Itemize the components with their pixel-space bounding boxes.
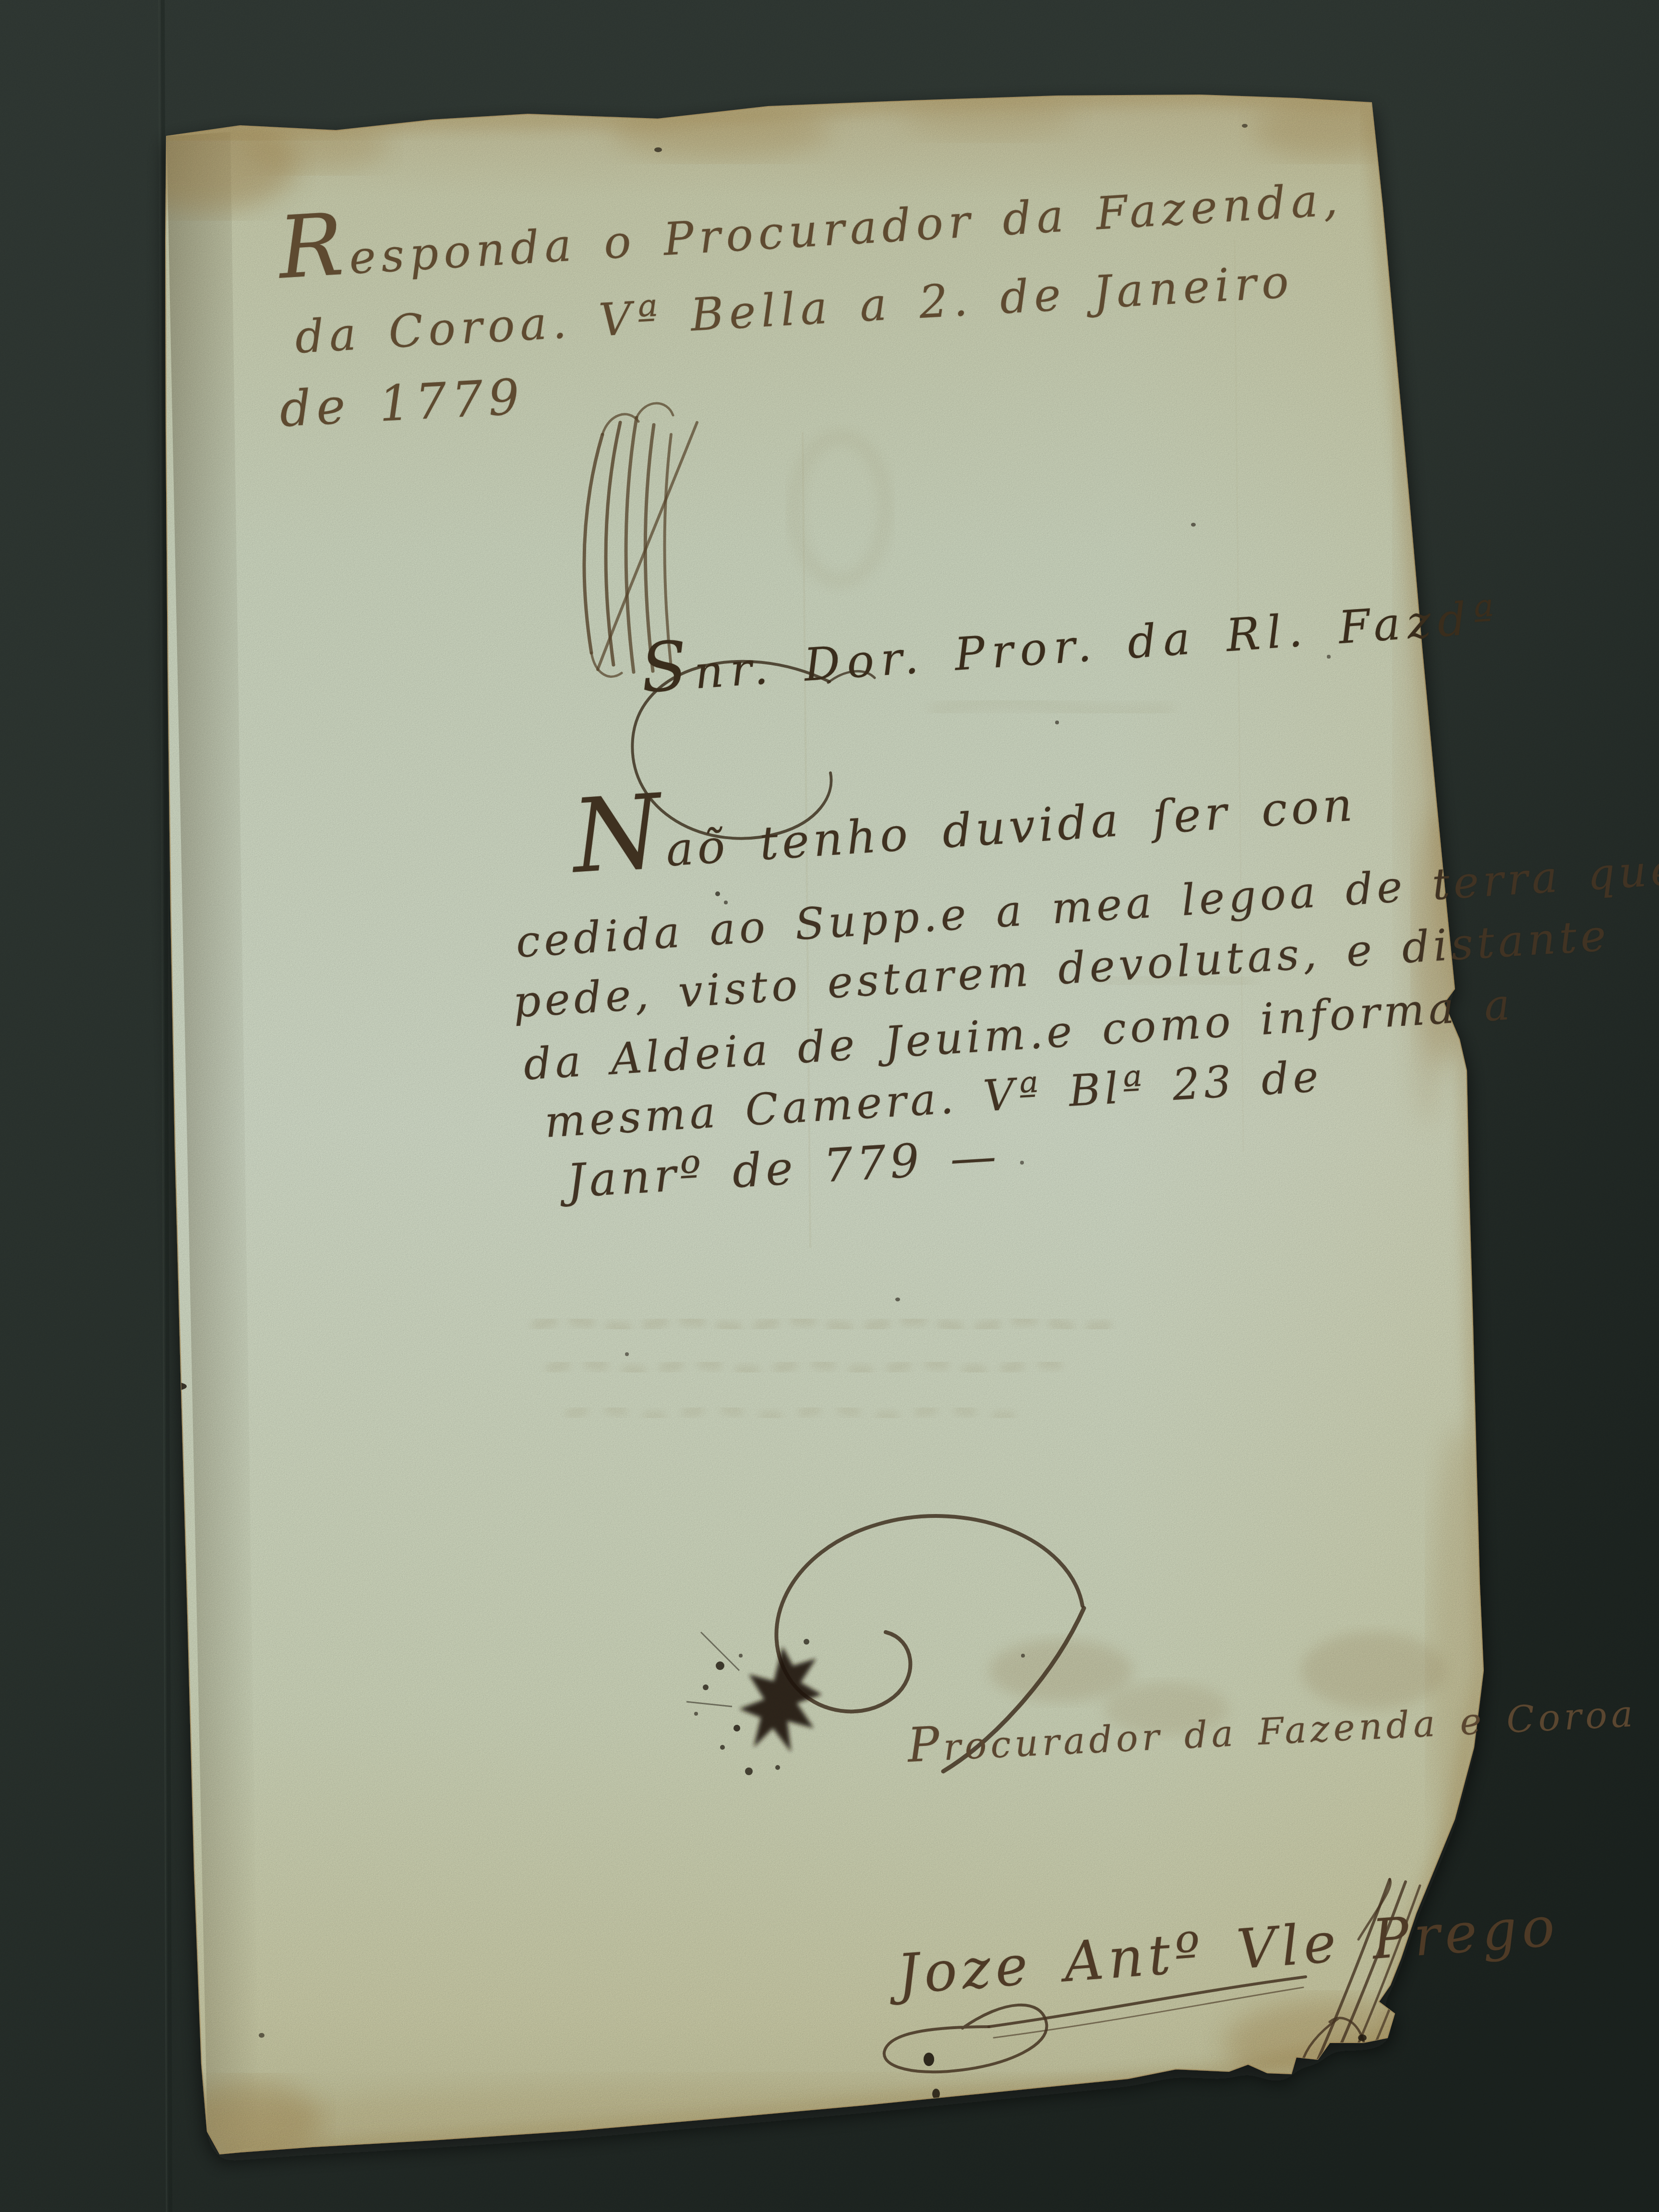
photo-background: Responda o Procurador da Fazenda, da Cor… bbox=[0, 0, 1659, 2212]
annotation-line-3: de 1779 bbox=[278, 371, 526, 435]
